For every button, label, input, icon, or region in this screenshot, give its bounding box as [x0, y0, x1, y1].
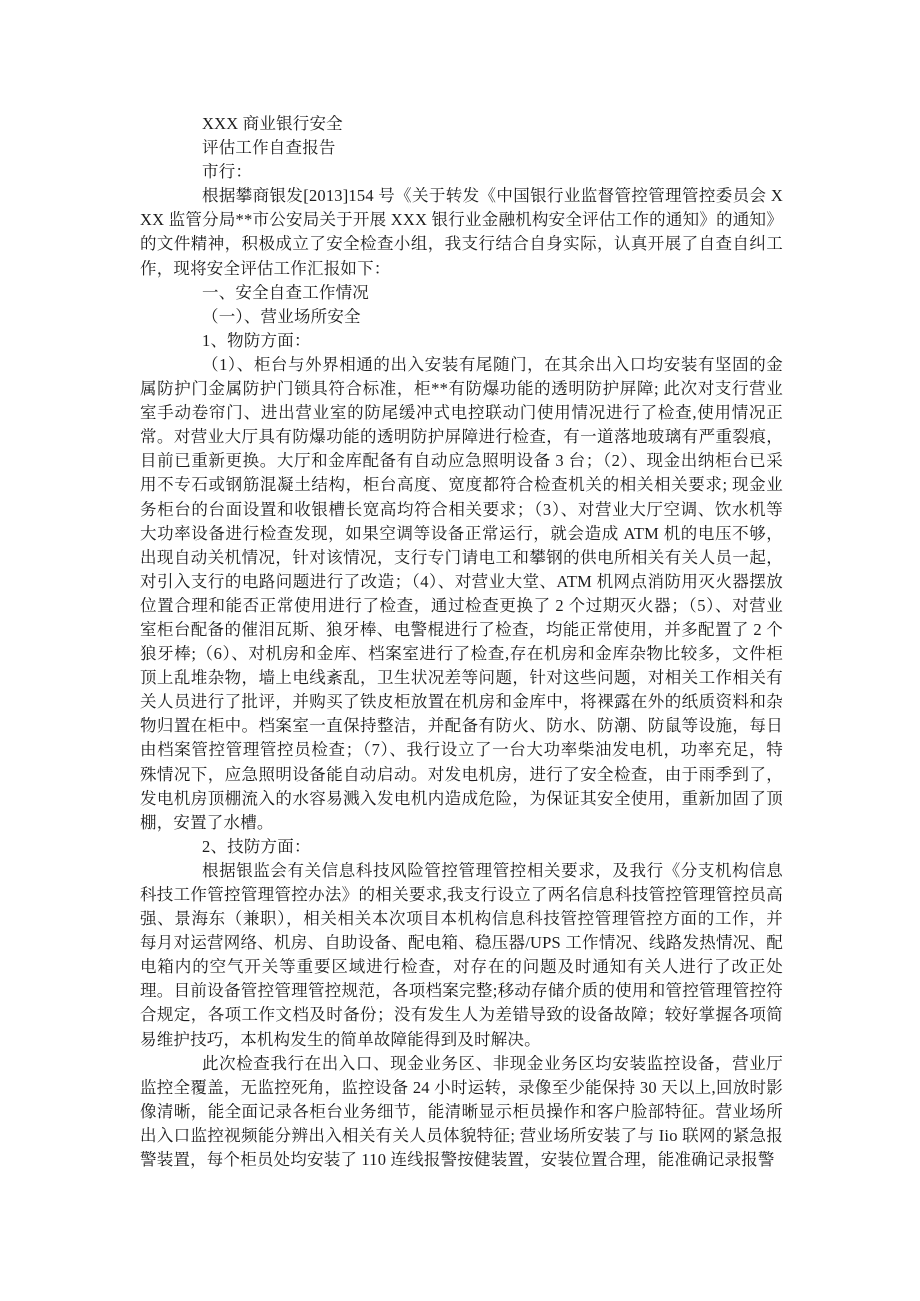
paragraph: 市行：: [140, 160, 783, 184]
paragraph: XXX 商业银行安全: [140, 112, 783, 136]
paragraph: 根据攀商银发[2013]154 号《关于转发《中国银行业监督管控管理管控委员会 …: [140, 184, 783, 280]
paragraph: （1）、柜台与外界相通的出入安装有尾随门，在其余出入口均安装有坚固的金属防护门金…: [140, 353, 783, 835]
paragraph: 1、物防方面：: [140, 329, 783, 353]
paragraph: 一、安全自查工作情况: [140, 281, 783, 305]
paragraph: 2、技防方面：: [140, 835, 783, 859]
document-page: XXX 商业银行安全评估工作自查报告市行：根据攀商银发[2013]154 号《关…: [0, 0, 920, 1301]
paragraph: 评估工作自查报告: [140, 136, 783, 160]
document-body: XXX 商业银行安全评估工作自查报告市行：根据攀商银发[2013]154 号《关…: [140, 112, 783, 1172]
paragraph: 根据银监会有关信息科技风险管控管理管控相关要求，及我行《分支机构信息科技工作管控…: [140, 859, 783, 1052]
paragraph: 此次检查我行在出入口、现金业务区、非现金业务区均安装监控设备，营业厅监控全覆盖，…: [140, 1052, 783, 1172]
paragraph: （一）、营业场所安全: [140, 305, 783, 329]
